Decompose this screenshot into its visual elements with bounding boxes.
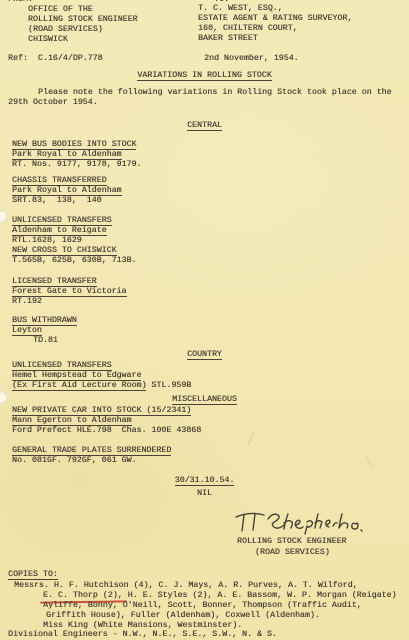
copies-label: COPIES TO: (8, 570, 58, 580)
section-bus-withdrawn: BUS WITHDRAWN Leyton TD.81 (12, 316, 77, 346)
copies-line-2: E. C. Thorp (2), H. E. Styles (2), A. E.… (43, 591, 397, 601)
hole-punch-top (0, 210, 8, 223)
country-heading: COUNTRY (0, 350, 409, 360)
section-new-private-car: NEW PRIVATE CAR INTO STOCK (15/2341) Man… (12, 406, 201, 436)
section-trade-plates: GENERAL TRADE PLATES SURRENDERED No. 081… (12, 446, 171, 466)
copies-line-3: Ayliffe, Bonny, O'Neill, Scott, Bonner, … (43, 601, 362, 611)
intro-line-1: Please note the following variations in … (38, 88, 392, 98)
section-new-bus-bodies: NEW BUS BODIES INTO STOCK Park Royal to … (12, 140, 141, 170)
nil-entry: NIL (0, 489, 409, 499)
document-title: VARIATIONS IN ROLLING STOCK (0, 71, 409, 81)
signature-scrawl-icon (228, 506, 368, 540)
closing-date-range: 30/31.10.54. (0, 476, 409, 486)
section-licensed-transfer: LICENSED TRANSFER Forest Gate to Victori… (12, 277, 127, 307)
signatory-role-2: (ROAD SERVICES) (255, 548, 330, 558)
signatory-role-1: ROLLING STOCK ENGINEER (237, 537, 347, 547)
central-heading: CENTRAL (0, 121, 409, 131)
reference-number: Ref: C.16/4/DP.778 (8, 54, 103, 64)
miscellaneous-heading: MISCELLANEOUS (0, 395, 409, 405)
copies-line-6: Divisional Engineers - N.W., N.E., S.E.,… (8, 630, 277, 640)
section-unlicensed-transfers-central: UNLICENSED TRANSFERS Aldenham to Reigate… (12, 216, 136, 266)
section-unlicensed-transfers-country: UNLICENSED TRANSFERS Hemel Hempstead to … (12, 361, 191, 391)
document-date: 2nd November, 1954. (204, 54, 299, 64)
memo-document: FROM: TO: OFFICE OF THE ROLLING STOCK EN… (0, 0, 409, 640)
copies-line-1: Messrs. H. F. Hutchison (4), C. J. Mays,… (14, 581, 358, 591)
intro-line-2: 29th October 1954. (8, 98, 98, 108)
sender-address: OFFICE OF THE ROLLING STOCK ENGINEER (RO… (28, 5, 138, 45)
red-underline-annotation: E. C. Thorp (2), (43, 591, 123, 601)
section-chassis-transferred: CHASSIS TRANSFERRED Park Royal to Aldenh… (12, 176, 122, 206)
copies-line-4: Griffith House), Fuller (Aldenham), Coxw… (46, 611, 320, 621)
recipient-address: T. C. WEST, ESQ., ESTATE AGENT & RATING … (198, 4, 352, 44)
stray-mark (247, 430, 256, 446)
stray-mark (365, 455, 374, 468)
